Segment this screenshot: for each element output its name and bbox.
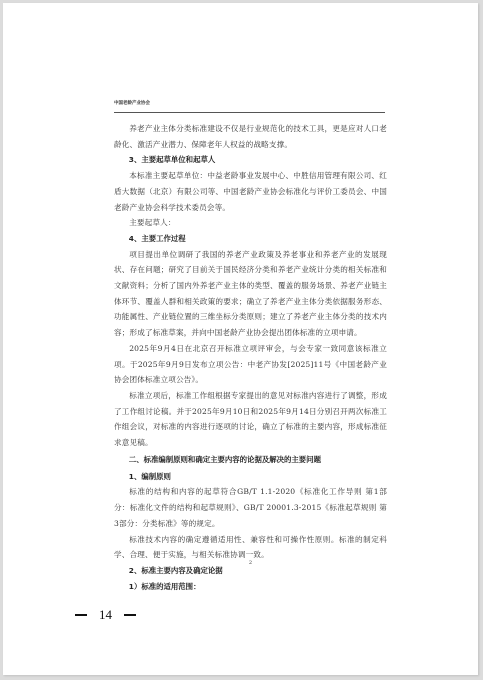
paragraph-standards-compliance: 标准的结构和内容的起草符合GB/T 1.1-2020《标准化工作导则 第1部分：… <box>114 484 387 531</box>
dash-right <box>124 614 136 615</box>
heading-drafting-units: 3、主要起草单位和起草人 <box>114 152 387 168</box>
paragraph-research: 项目提出单位调研了我国的养老产业政策及养老事业和养老产业的发展现状、存在问题；研… <box>114 247 387 341</box>
folio-page-number: 14 <box>99 607 112 623</box>
heading-work-process: 4、主要工作过程 <box>114 231 387 247</box>
paragraph-drafting-units: 本标准主要起草单位：中益老龄事业发展中心、中胜信用管理有限公司、红盾大数据（北京… <box>114 168 387 215</box>
paragraph-approval: 2025年9月4日在北京召开标准立项评审会，与会专家一致同意该标准立项。于202… <box>114 341 387 388</box>
dash-left <box>75 614 87 615</box>
paragraph-drafters: 主要起草人： <box>114 215 387 231</box>
running-header: 中国老龄产业协会 <box>114 101 385 113</box>
paragraph-technical-principles: 标准技术内容的确定遵循适用性、兼容性和可操作性原则。标准的制定科学、合理、便于实… <box>114 532 387 563</box>
heading-scope: 1）标准的适用范围： <box>114 579 387 595</box>
section-heading-principles: 二、标准编制原则和确定主要内容的论据及解决的主要问题 <box>114 452 387 468</box>
document-page: 中国老龄产业协会 养老产业主体分类标准建设不仅是行业规范化的技术工具，更是应对人… <box>3 3 478 675</box>
document-body: 养老产业主体分类标准建设不仅是行业规范化的技术工具，更是应对人口老龄化、激活产业… <box>114 121 387 594</box>
paragraph: 养老产业主体分类标准建设不仅是行业规范化的技术工具，更是应对人口老龄化、激活产业… <box>114 121 387 152</box>
paragraph-post-approval: 标准立项后，标准工作组根据专家提出的意见对标准内容进行了调整，形成了工作组讨论稿… <box>114 388 387 451</box>
inner-page-number: 2 <box>114 560 387 566</box>
page-folio: 14 <box>75 607 136 623</box>
heading-drafting-principles: 1、编制原则 <box>114 469 387 485</box>
